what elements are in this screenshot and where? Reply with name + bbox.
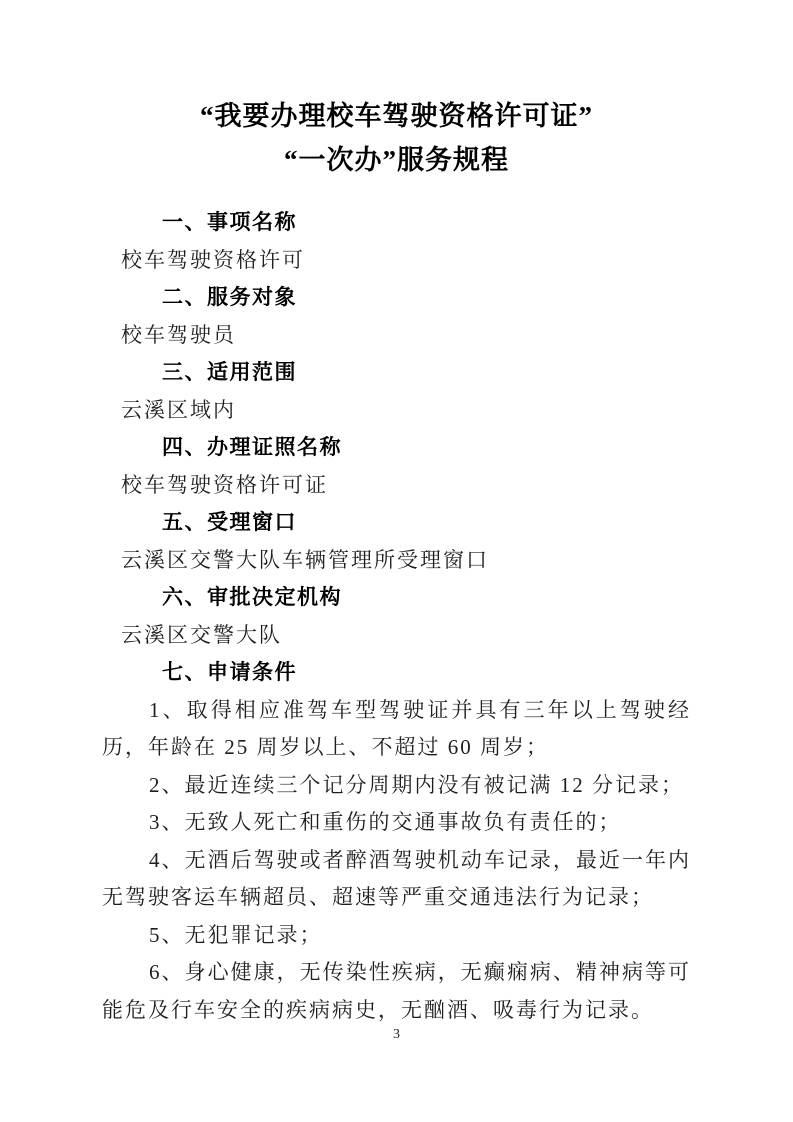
condition-item-2: 2、最近连续三个记分周期内没有被记满 12 分记录； [102, 767, 691, 805]
section-service-target: 二、服务对象 校车驾驶员 [102, 279, 691, 354]
section-applicable-scope-paragraph: 云溪区域内 [102, 392, 691, 430]
section-approval-authority-paragraph: 云溪区交警大队 [102, 617, 691, 655]
section-approval-authority-heading: 六、审批决定机构 [162, 579, 691, 617]
condition-item-3: 3、无致人死亡和重伤的交通事故负有责任的； [102, 804, 691, 842]
section-applicable-scope: 三、适用范围 云溪区域内 [102, 354, 691, 429]
section-applicable-scope-heading: 三、适用范围 [162, 354, 691, 392]
section-service-target-heading: 二、服务对象 [162, 279, 691, 317]
section-certificate-name-heading: 四、办理证照名称 [162, 429, 691, 467]
section-item-name-paragraph: 校车驾驶资格许可 [102, 242, 691, 280]
section-application-conditions: 七、申请条件 1、取得相应准驾车型驾驶证并具有三年以上驾驶经历，年龄在 25 周… [102, 654, 691, 1029]
section-service-target-paragraph: 校车驾驶员 [102, 317, 691, 355]
section-acceptance-window-paragraph: 云溪区交警大队车辆管理所受理窗口 [102, 542, 691, 580]
section-approval-authority: 六、审批决定机构 云溪区交警大队 [102, 579, 691, 654]
condition-item-5: 5、无犯罪记录； [102, 917, 691, 955]
page-number: 3 [0, 1026, 793, 1044]
section-acceptance-window-heading: 五、受理窗口 [162, 504, 691, 542]
document-body: 一、事项名称 校车驾驶资格许可 二、服务对象 校车驾驶员 三、适用范围 云溪区域… [102, 204, 691, 1029]
section-acceptance-window: 五、受理窗口 云溪区交警大队车辆管理所受理窗口 [102, 504, 691, 579]
condition-item-4: 4、无酒后驾驶或者醉酒驾驶机动车记录，最近一年内无驾驶客运车辆超员、超速等严重交… [102, 842, 691, 917]
condition-item-6: 6、身心健康，无传染性疾病，无癫痫病、精神病等可能危及行车安全的疾病病史，无酗酒… [102, 954, 691, 1029]
section-item-name-heading: 一、事项名称 [162, 204, 691, 242]
section-item-name: 一、事项名称 校车驾驶资格许可 [102, 204, 691, 279]
section-application-conditions-heading: 七、申请条件 [162, 654, 691, 692]
condition-item-1: 1、取得相应准驾车型驾驶证并具有三年以上驾驶经历，年龄在 25 周岁以上、不超过… [102, 692, 691, 767]
document-title-line-1: “我要办理校车驾驶资格许可证” [0, 94, 793, 138]
section-certificate-name-paragraph: 校车驾驶资格许可证 [102, 467, 691, 505]
document-page: “我要办理校车驾驶资格许可证” “一次办”服务规程 一、事项名称 校车驾驶资格许… [0, 0, 793, 1122]
document-title-line-2: “一次办”服务规程 [0, 138, 793, 182]
document-title: “我要办理校车驾驶资格许可证” “一次办”服务规程 [0, 0, 793, 182]
section-certificate-name: 四、办理证照名称 校车驾驶资格许可证 [102, 429, 691, 504]
